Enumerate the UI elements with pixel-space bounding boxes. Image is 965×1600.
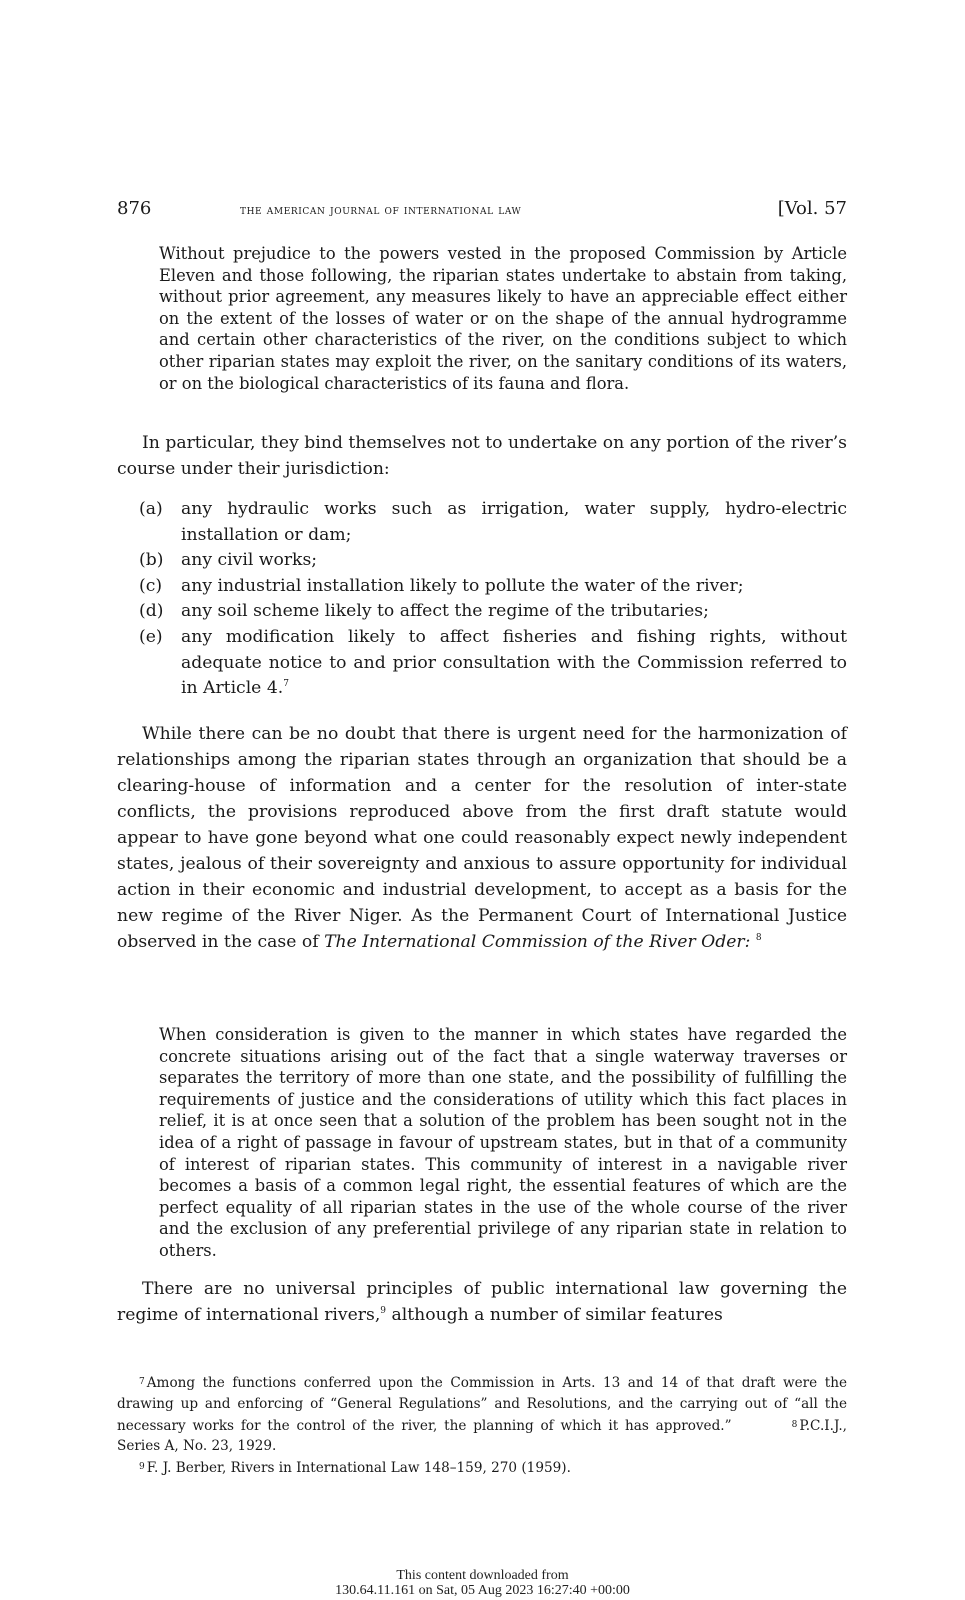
block-quote-draft-statute: Without prejudice to the powers vested i… [159,243,847,394]
list-item: (a) any hydraulic works such as irrigati… [139,497,847,548]
list-item: (b) any civil works; [139,548,847,574]
footnote-9: 9F. J. Berber, Rivers in International L… [117,1457,847,1479]
download-notice-line-1: This content downloaded from [0,1568,965,1583]
page-number: 876 [117,198,151,219]
download-notice-line-2: 130.64.11.161 on Sat, 05 Aug 2023 16:27:… [0,1583,965,1598]
footnotes: 7Among the functions conferred upon the … [117,1372,847,1479]
footnote-mark: 8 [792,1420,798,1430]
list-item-text: any soil scheme likely to affect the reg… [181,599,847,625]
paragraph-universal-principles: There are no universal principles of pub… [117,1276,847,1328]
case-title: The International Commission of the Rive… [324,932,750,952]
list-item: (c) any industrial installation likely t… [139,574,847,600]
list-item-text: any hydraulic works such as irrigation, … [181,497,847,548]
list-item-text: any industrial installation likely to po… [181,574,847,600]
journal-title: THE AMERICAN JOURNAL OF INTERNATIONAL LA… [240,202,521,217]
list-item: (d) any soil scheme likely to affect the… [139,599,847,625]
footnote-7: 7Among the functions conferred upon the … [117,1372,847,1457]
list-marker: (b) [139,548,181,574]
footnote-text: F. J. Berber, Rivers in International La… [147,1460,571,1476]
footnote-mark: 9 [139,1462,145,1472]
footnote-ref-8[interactable]: 8 [756,933,762,943]
download-notice: This content downloaded from 130.64.11.1… [0,1568,965,1598]
running-head: 876 THE AMERICAN JOURNAL OF INTERNATIONA… [117,198,847,222]
list-marker: (c) [139,574,181,600]
footnote-mark: 7 [139,1377,145,1387]
prohibited-works-list: (a) any hydraulic works such as irrigati… [139,497,847,702]
list-item-text-content: any modification likely to affect fisher… [181,627,847,698]
list-marker: (e) [139,625,181,702]
paragraph-text: although a number of similar features [386,1305,723,1325]
paragraph-text: While there can be no doubt that there i… [117,724,847,952]
paragraph-harmonization: While there can be no doubt that there i… [117,721,847,955]
paragraph-in-particular: In particular, they bind themselves not … [117,430,847,482]
footnote-ref-7[interactable]: 7 [283,679,289,689]
list-marker: (d) [139,599,181,625]
list-item-text: any civil works; [181,548,847,574]
list-item: (e) any modification likely to affect fi… [139,625,847,702]
footnote-text: Among the functions conferred upon the C… [117,1375,847,1434]
block-quote-pcij: When consideration is given to the manne… [159,1024,847,1262]
list-item-text: any modification likely to affect fisher… [181,625,847,702]
list-marker: (a) [139,497,181,548]
volume-label: [Vol. 57 [778,198,847,219]
